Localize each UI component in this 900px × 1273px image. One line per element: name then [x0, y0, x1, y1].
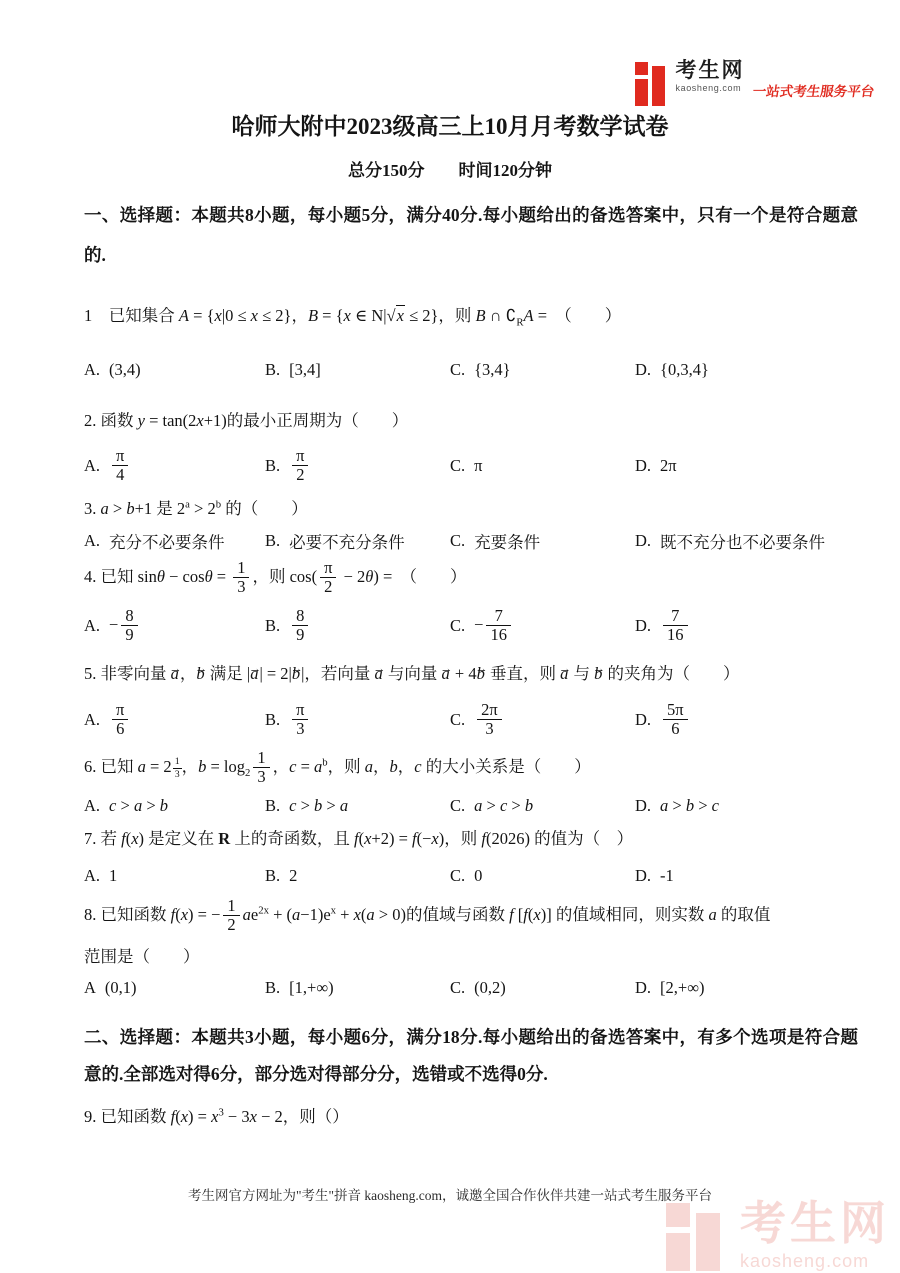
question-1-option-d: D.{0,3,4}: [635, 360, 860, 380]
kaosheng-logo-icon: [635, 60, 669, 106]
question-1-option-c: C.{3,4}: [450, 360, 635, 380]
question-5-option-a: A.π6: [84, 701, 265, 739]
question-4-options: A.−89 B.89 C.−716 D.716: [84, 603, 860, 649]
question-3-option-c: C.充要条件: [450, 529, 635, 553]
logo-brand-name: 考生网: [676, 60, 745, 81]
question-6-stem: 6. 已知 a = 213，b = log213，c = ab，则 a，b，c …: [84, 749, 860, 787]
exam-meta: 总分150分 时间120分钟: [0, 156, 900, 181]
section2-heading: 二、选择题：本题共3小题，每小题6分，满分18分.每小题给出的备选答案中，有多个…: [84, 1019, 858, 1093]
question-6-option-c: C.a > c > b: [450, 796, 635, 816]
question-6: 6. 已知 a = 213，b = log213，c = ab，则 a，b，c …: [84, 749, 860, 819]
site-logo: 考生网 kaosheng.com 一站式考生服务平台: [635, 60, 875, 106]
kaosheng-watermark: 考生网 kaosheng.com: [666, 1199, 890, 1271]
question-4-option-d: D.716: [635, 607, 860, 645]
question-5-option-d: D.5π6: [635, 701, 860, 739]
question-8-stem-line2: 范围是（ ）: [84, 945, 860, 969]
question-3: 3. a > b+1 是 2a > 2b 的（ ） A.充分不必要条件 B.必要…: [84, 497, 860, 553]
question-3-options: A.充分不必要条件 B.必要不充分条件 C.充要条件 D.既不充分也不必要条件: [84, 529, 860, 553]
question-7-option-c: C.0: [450, 866, 635, 886]
question-1-stem: 1 已知集合 A = {x|0 ≤ x ≤ 2}，B = {x ∈ N|√x ≤…: [84, 299, 860, 333]
question-5-options: A.π6 B.π3 C.2π3 D.5π6: [84, 697, 860, 743]
question-4-option-b: B.89: [265, 607, 450, 645]
question-1-options: A.(3,4) B.[3,4] C.{3,4} D.{0,3,4}: [84, 357, 860, 383]
question-8-option-a: A(0,1): [84, 978, 265, 998]
question-8-option-b: B.[1,+∞): [265, 978, 450, 998]
question-8-options: A(0,1) B.[1,+∞) C.(0,2) D.[2,+∞): [84, 975, 860, 1001]
question-1-option-a: A.(3,4): [84, 360, 265, 380]
question-6-option-d: D.a > b > c: [635, 796, 860, 816]
question-2-option-c: C.π: [450, 456, 635, 476]
question-7-options: A.1 B.2 C.0 D.-1: [84, 865, 860, 887]
question-7-stem: 7. 若 f(x) 是定义在 R 上的奇函数，且 f(x+2) = f(−x)，…: [84, 827, 860, 851]
question-2-option-d: D.2π: [635, 456, 860, 476]
question-5-stem: 5. 非零向量 a，b 满足 |a| = 2|b|，若向量 a 与向量 a + …: [84, 659, 860, 689]
question-4: 4. 已知 sinθ − cosθ = 13，则 cos(π2 − 2θ) = …: [84, 559, 860, 649]
question-1: 1 已知集合 A = {x|0 ≤ x ≤ 2}，B = {x ∈ N|√x ≤…: [84, 299, 860, 383]
logo-text-block: 考生网 kaosheng.com: [676, 60, 745, 93]
question-2: 2. 函数 y = tan(2x+1)的最小正周期为（ ） A.π4 B.π2 …: [84, 409, 860, 489]
question-2-option-a: A.π4: [84, 447, 265, 485]
question-3-option-b: B.必要不充分条件: [265, 529, 450, 553]
page-title: 哈师大附中2023级高三上10月月考数学试卷: [0, 112, 900, 142]
question-1-option-b: B.[3,4]: [265, 360, 450, 380]
question-6-options: A.c > a > b B.c > b > a C.a > c > b D.a …: [84, 793, 860, 819]
section1-heading: 一、选择题：本题共8小题，每小题5分，满分40分.每小题给出的备选答案中，只有一…: [84, 195, 858, 275]
question-7-option-d: D.-1: [635, 866, 860, 886]
question-3-option-d: D.既不充分也不必要条件: [635, 529, 860, 553]
question-3-stem: 3. a > b+1 是 2a > 2b 的（ ）: [84, 497, 860, 521]
question-4-option-c: C.−716: [450, 607, 635, 645]
kaosheng-watermark-icon: [666, 1199, 728, 1271]
exam-page: 考生网 kaosheng.com 一站式考生服务平台 哈师大附中2023级高三上…: [0, 0, 900, 1273]
question-4-stem: 4. 已知 sinθ − cosθ = 13，则 cos(π2 − 2θ) = …: [84, 559, 860, 597]
question-7: 7. 若 f(x) 是定义在 R 上的奇函数，且 f(x+2) = f(−x)，…: [84, 827, 860, 887]
watermark-domain: kaosheng.com: [740, 1252, 890, 1270]
watermark-text-block: 考生网 kaosheng.com: [740, 1200, 890, 1270]
question-3-option-a: A.充分不必要条件: [84, 529, 265, 553]
question-8-option-c: C.(0,2): [450, 978, 635, 998]
logo-domain: kaosheng.com: [676, 84, 745, 93]
question-8-option-d: D.[2,+∞): [635, 978, 860, 998]
question-2-stem: 2. 函数 y = tan(2x+1)的最小正周期为（ ）: [84, 409, 860, 433]
question-8-stem: 8. 已知函数 f(x) = −12ae2x + (a−1)ex + x(a >…: [84, 897, 860, 935]
question-2-options: A.π4 B.π2 C.π D.2π: [84, 443, 860, 489]
question-6-option-b: B.c > b > a: [265, 796, 450, 816]
question-5-option-b: B.π3: [265, 701, 450, 739]
question-7-option-a: A.1: [84, 866, 265, 886]
logo-tagline: 一站式考生服务平台: [751, 80, 875, 100]
question-5-option-c: C.2π3: [450, 701, 635, 739]
question-9-stem: 9. 已知函数 f(x) = x3 − 3x − 2，则（）: [84, 1105, 860, 1129]
question-9: 9. 已知函数 f(x) = x3 − 3x − 2，则（）: [84, 1105, 860, 1129]
question-4-option-a: A.−89: [84, 607, 265, 645]
question-8: 8. 已知函数 f(x) = −12ae2x + (a−1)ex + x(a >…: [84, 897, 860, 1001]
question-2-option-b: B.π2: [265, 447, 450, 485]
question-5: 5. 非零向量 a，b 满足 |a| = 2|b|，若向量 a 与向量 a + …: [84, 659, 860, 743]
question-7-option-b: B.2: [265, 866, 450, 886]
watermark-brand-name: 考生网: [740, 1200, 890, 1246]
question-6-option-a: A.c > a > b: [84, 796, 265, 816]
